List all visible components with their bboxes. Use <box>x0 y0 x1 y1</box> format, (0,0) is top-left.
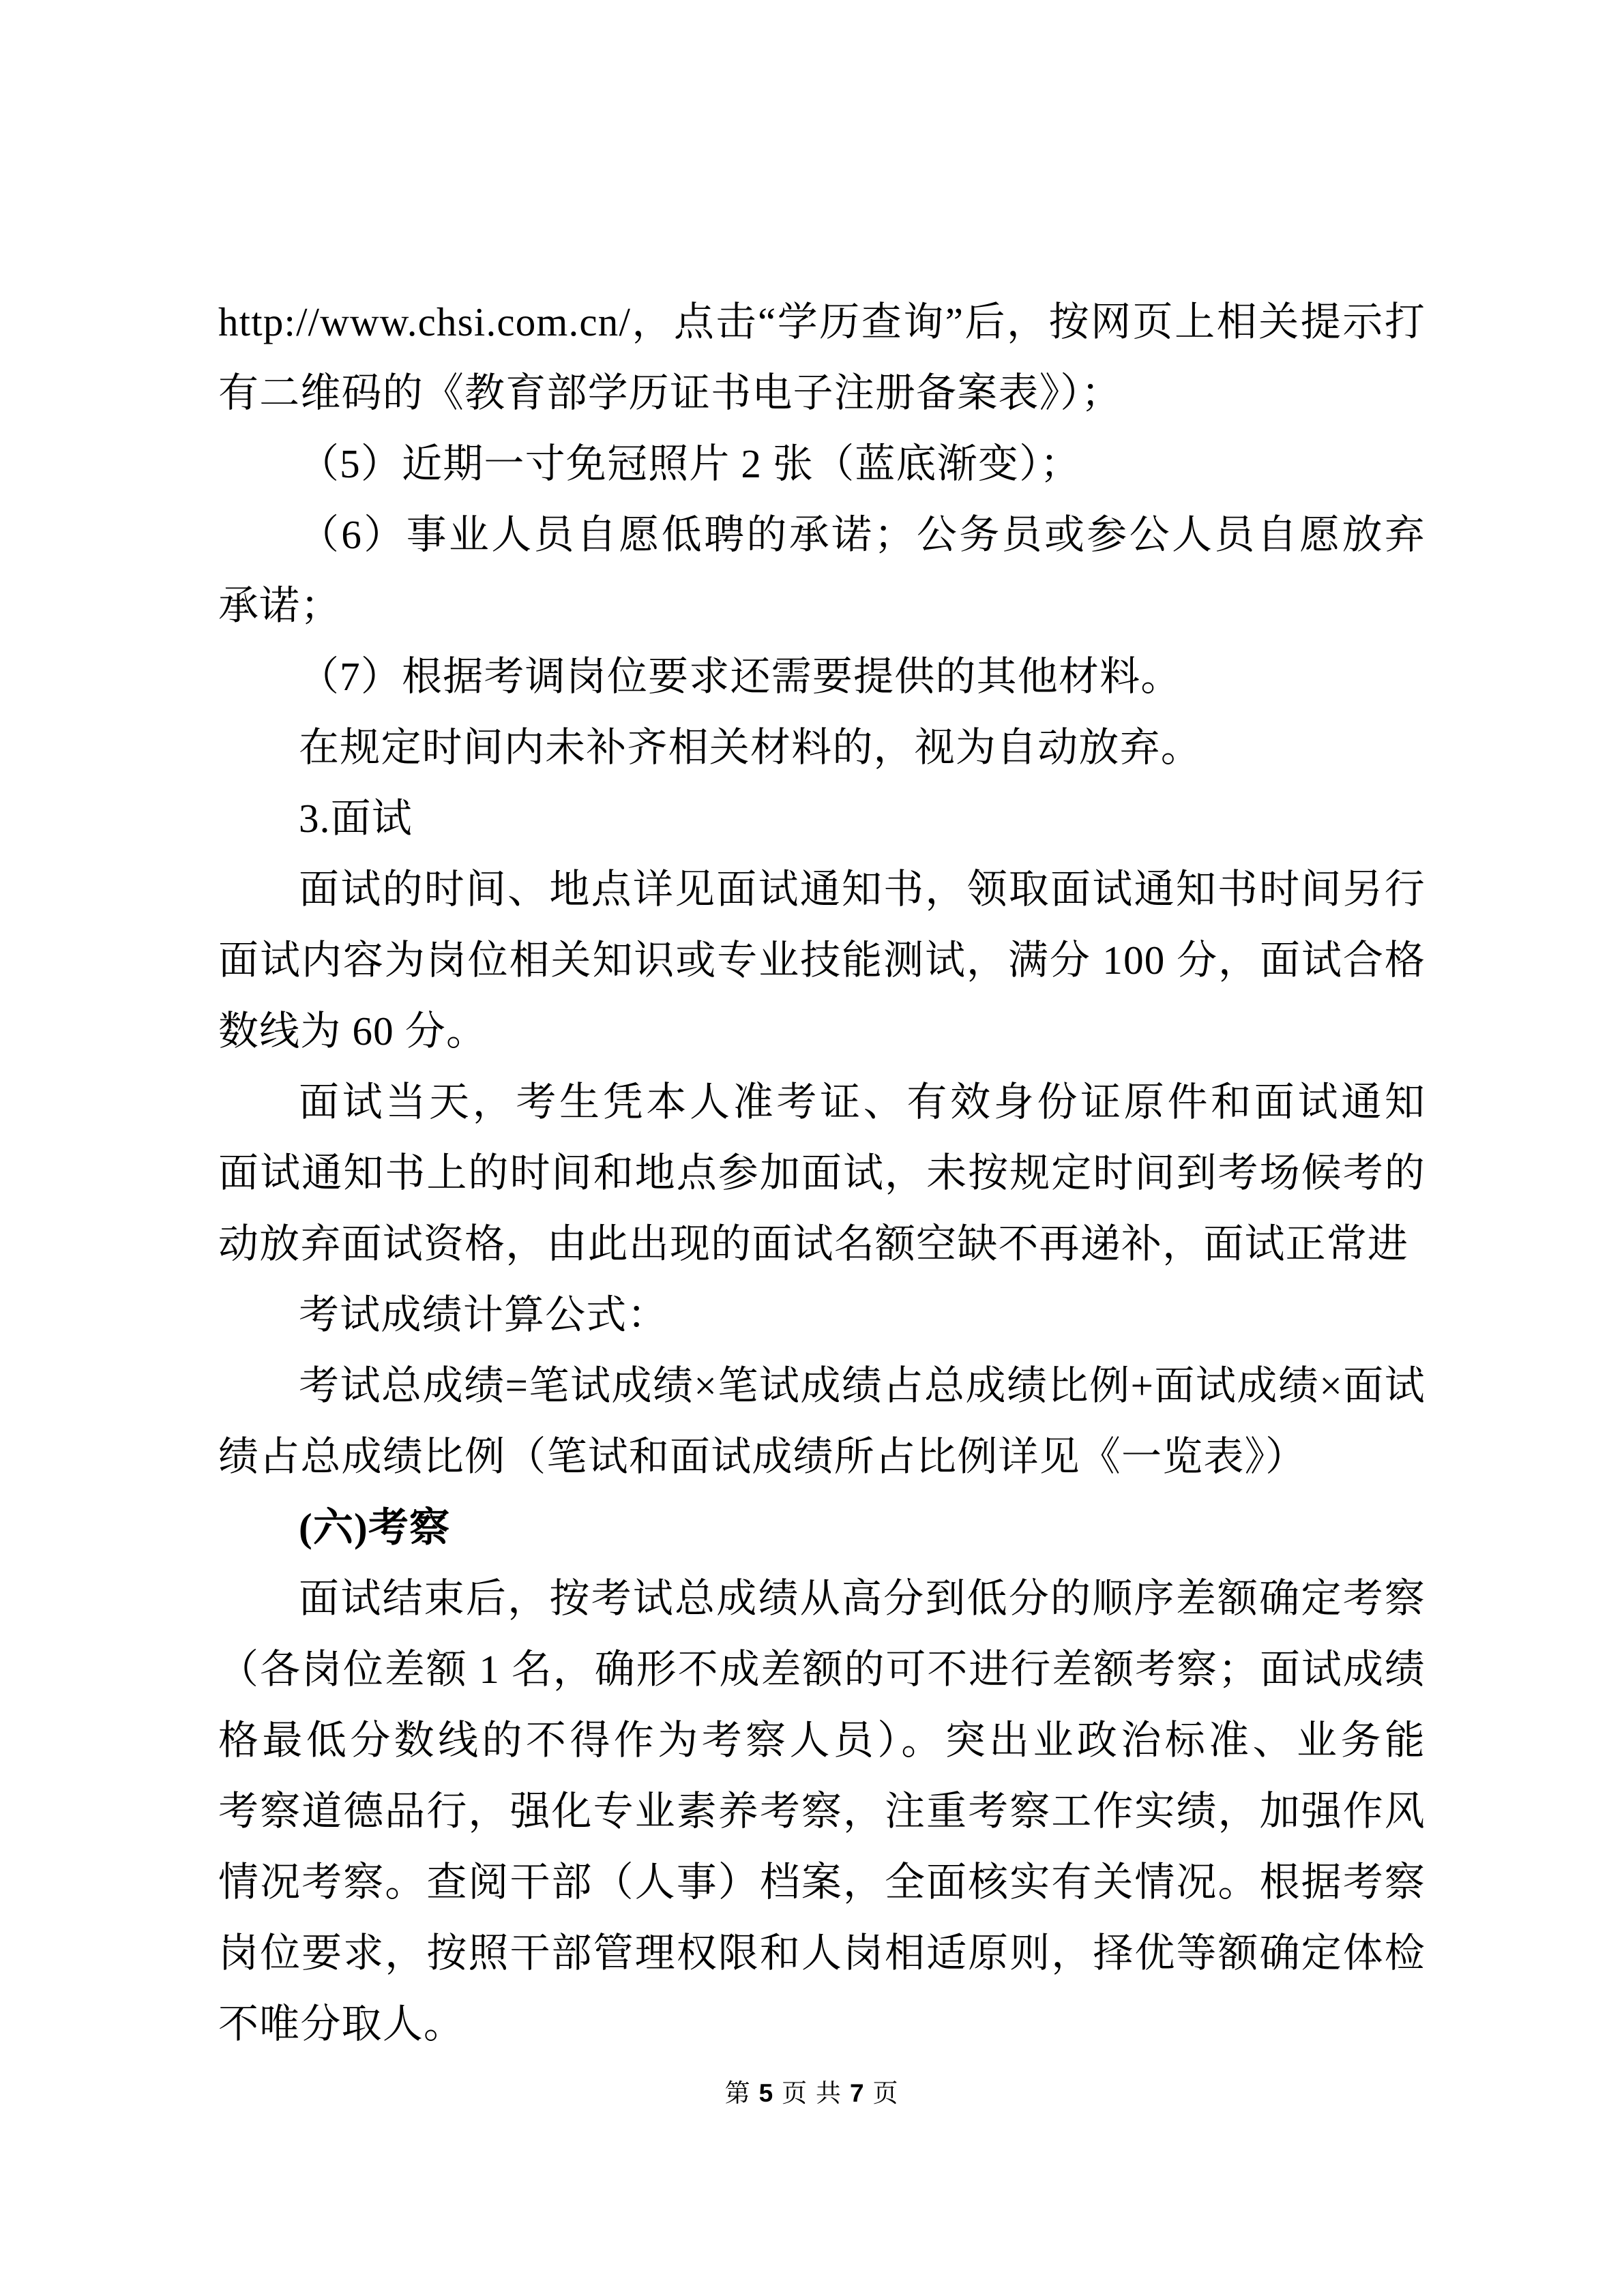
text-line: 动放弃面试资格，由此出现的面试名额空缺不再递补，面试正常进行。 <box>218 1208 1426 1279</box>
text-line: 情况考察。查阅干部（人事）档案，全面核实有关情况。根据考察情况和 <box>218 1847 1426 1918</box>
text-line: 考试总成绩=笔试成绩×笔试成绩占总成绩比例+面试成绩×面试成 <box>218 1350 1426 1421</box>
text-line: （5）近期一寸免冠照片 2 张（蓝底渐变）； <box>218 428 1426 499</box>
footer-label-page: 第 <box>725 2080 759 2108</box>
text-line: （各岗位差额 1 名，确形不成差额的可不进行差额考察；面试成绩低于合 <box>218 1634 1426 1705</box>
text-line: 岗位要求，按照干部管理权限和人岗相适原则，择优等额确定体检人员， <box>218 1918 1426 1988</box>
text-line: 考察道德品行，强化专业素养考察，注重考察工作实绩，加强作风和廉政 <box>218 1776 1426 1847</box>
text-line: 面试的时间、地点详见面试通知书，领取面试通知书时间另行通知。 <box>218 854 1426 925</box>
footer-page-number: 5 <box>759 2079 774 2107</box>
text-line: 面试当天，考生凭本人准考证、有效身份证原件和面试通知书，按照 <box>218 1067 1426 1137</box>
document-content: http://www.chsi.com.cn/，点击“学历查询”后，按网页上相关… <box>218 286 1426 2059</box>
text-line: 不唯分取人。 <box>218 1988 1426 2059</box>
text-line: (六)考察 <box>218 1492 1426 1563</box>
text-line: 格最低分数线的不得作为考察人员）。突出业政治标准、业务能力，深入 <box>218 1705 1426 1776</box>
text-line: 绩占总成绩比例（笔试和面试成绩所占比例详见《一览表》） <box>218 1421 1426 1492</box>
text-line: 面试通知书上的时间和地点参加面试，未按规定时间到考场候考的视为自 <box>218 1137 1426 1208</box>
page-footer: 第 5 页 共 7 页 <box>0 2073 1624 2115</box>
footer-total-pages: 7 <box>850 2079 865 2107</box>
text-line: 面试结束后，按考试总成绩从高分到低分的顺序差额确定考察人选 <box>218 1563 1426 1634</box>
text-line: （7）根据考调岗位要求还需要提供的其他材料。 <box>218 641 1426 712</box>
document-page: http://www.chsi.com.cn/，点击“学历查询”后，按网页上相关… <box>0 0 1624 2296</box>
text-line: 承诺； <box>218 570 1426 641</box>
footer-label-end: 页 <box>865 2080 899 2108</box>
text-line: 数线为 60 分。 <box>218 996 1426 1067</box>
text-line: 3.面试 <box>218 783 1426 854</box>
text-line: 面试内容为岗位相关知识或专业技能测试，满分 100 分，面试合格最低分 <box>218 925 1426 996</box>
text-line: 在规定时间内未补齐相关材料的，视为自动放弃。 <box>218 712 1426 783</box>
text-line: 考试成绩计算公式： <box>218 1279 1426 1350</box>
text-line: （6）事业人员自愿低聘的承诺；公务员或参公人员自愿放弃身份的 <box>218 499 1426 570</box>
text-line: 有二维码的《教育部学历证书电子注册备案表》）； <box>218 357 1426 428</box>
text-line: http://www.chsi.com.cn/，点击“学历查询”后，按网页上相关… <box>218 286 1426 357</box>
footer-label-mid: 页 共 <box>774 2080 850 2108</box>
